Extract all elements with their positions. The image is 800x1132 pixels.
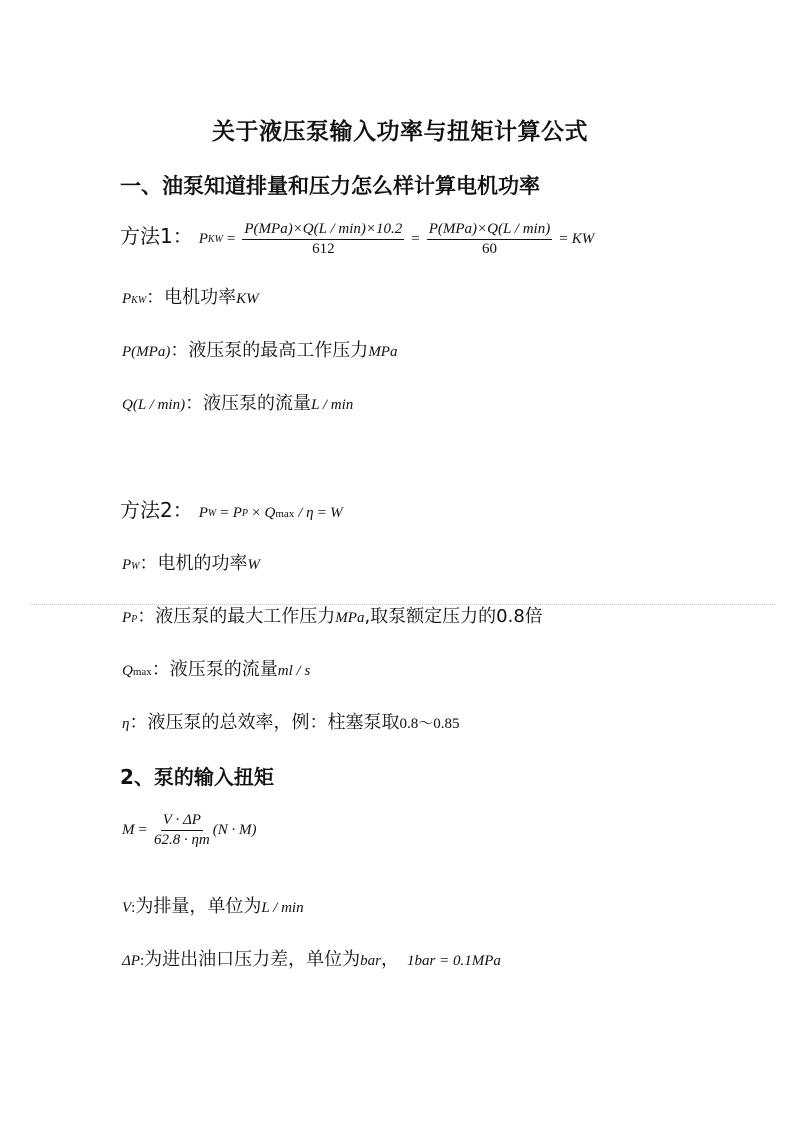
formula-rhs: W bbox=[330, 505, 343, 522]
definition-unit: L / min bbox=[261, 900, 303, 917]
definition-text: 液压泵的流量 bbox=[170, 655, 278, 681]
fraction-2-numerator: P(MPa)×Q(L / min) bbox=[427, 221, 553, 240]
formula-lhs-sub: KW bbox=[208, 234, 223, 245]
equals-sign: = bbox=[559, 231, 567, 248]
definition-text: 电机功率 bbox=[164, 283, 236, 309]
definition-unit: L / min bbox=[311, 397, 353, 414]
definition-text: 为排量，单位为 bbox=[135, 892, 261, 918]
definition-separator: ： bbox=[137, 602, 155, 628]
torque-denominator: 62.8 · ηm bbox=[154, 831, 210, 849]
method-1-formula-line: 方法1： PKW = P(MPa)×Q(L / min)×10.2 612 = … bbox=[120, 220, 594, 258]
definition-unit: MPa bbox=[368, 344, 397, 361]
definition-symbol: Q(L / min) bbox=[122, 397, 185, 414]
section-2-heading: 2、泵的输入扭矩 bbox=[120, 761, 274, 790]
definition-separator: ， bbox=[381, 945, 399, 971]
method-1-formula: PKW = P(MPa)×Q(L / min)×10.2 612 = P(MPa… bbox=[199, 221, 594, 258]
definition-text: 电机的功率 bbox=[158, 549, 248, 575]
definition-symbol: P bbox=[122, 557, 131, 574]
definition-delta-p: ΔP : 为进出油口压力差，单位为 bar ， 1bar = 0.1MPa bbox=[122, 945, 501, 971]
fraction-1: P(MPa)×Q(L / min)×10.2 612 bbox=[242, 221, 404, 258]
definition-unit: ml / s bbox=[278, 663, 311, 680]
definition-separator: ： bbox=[152, 655, 170, 681]
formula-lhs: M bbox=[122, 822, 135, 839]
method-2-formula: PW = PP × Qmax / η = W bbox=[199, 505, 343, 522]
definition-p-mpa: P(MPa) ： 液压泵的最高工作压力 MPa bbox=[122, 336, 397, 362]
definition-pkw: PKW ： 电机功率 KW bbox=[122, 283, 259, 309]
definition-unit: 0.8～0.85 bbox=[399, 712, 459, 733]
unit-conversion: 1bar = 0.1MPa bbox=[407, 953, 501, 970]
definition-symbol: η bbox=[122, 716, 129, 733]
fraction-1-numerator: P(MPa)×Q(L / min)×10.2 bbox=[242, 221, 404, 240]
definition-text: 液压泵的流量 bbox=[203, 389, 311, 415]
torque-fraction: V · ΔP 62.8 · ηm bbox=[154, 812, 210, 849]
equals-sign: = bbox=[220, 505, 228, 522]
formula-lhs: P bbox=[199, 231, 208, 248]
definition-text: 为进出油口压力差，单位为 bbox=[144, 945, 360, 971]
fraction-2: P(MPa)×Q(L / min) 60 bbox=[427, 221, 553, 258]
torque-unit: (N · M) bbox=[213, 822, 257, 839]
definition-symbol-sub: W bbox=[131, 561, 139, 572]
formula-term-sub: P bbox=[242, 508, 248, 519]
formula-term: P bbox=[233, 505, 242, 522]
formula-lhs: P bbox=[199, 505, 208, 522]
definition-pp: PP ： 液压泵的最大工作压力 MPa ,取泵额定压力的0.8倍 bbox=[122, 602, 543, 628]
torque-numerator: V · ΔP bbox=[161, 812, 203, 831]
formula-term: Q bbox=[264, 505, 275, 522]
definition-eta: η ： 液压泵的总效率，例：柱塞泵取 0.8～0.85 bbox=[122, 708, 459, 734]
method-2-formula-line: 方法2： PW = PP × Qmax / η = W bbox=[120, 494, 343, 523]
equals-sign: = bbox=[139, 822, 147, 839]
document-page: 关于液压泵输入功率与扭矩计算公式 一、油泵知道排量和压力怎么样计算电机功率 方法… bbox=[0, 0, 800, 1132]
definition-symbol: P bbox=[122, 610, 131, 627]
definition-symbol: V bbox=[122, 900, 131, 917]
definition-suffix: ,取泵额定压力的0.8倍 bbox=[364, 602, 542, 628]
formula-term-sub: max bbox=[275, 508, 294, 520]
method-1-label: 方法1： bbox=[120, 220, 193, 249]
definition-unit: MPa bbox=[335, 610, 364, 627]
definition-symbol: P bbox=[122, 291, 131, 308]
definition-unit: KW bbox=[236, 291, 259, 308]
formula-divisor: / η bbox=[298, 505, 313, 522]
definition-v: V : 为排量，单位为 L / min bbox=[122, 892, 304, 918]
definition-symbol: P(MPa) bbox=[122, 344, 170, 361]
definition-separator: ： bbox=[185, 389, 203, 415]
fraction-2-denominator: 60 bbox=[482, 240, 497, 258]
definition-symbol-sub: max bbox=[133, 666, 152, 678]
definition-separator: ： bbox=[140, 549, 158, 575]
document-title: 关于液压泵输入功率与扭矩计算公式 bbox=[0, 113, 800, 146]
definition-separator: ： bbox=[170, 336, 188, 362]
definition-text: 液压泵的总效率，例：柱塞泵取 bbox=[147, 708, 399, 734]
definition-symbol: Q bbox=[122, 663, 133, 680]
equals-sign: = bbox=[411, 231, 419, 248]
definition-text: 液压泵的最大工作压力 bbox=[155, 602, 335, 628]
torque-formula: M = V · ΔP 62.8 · ηm (N · M) bbox=[122, 812, 257, 849]
definition-qmax: Qmax ： 液压泵的流量 ml / s bbox=[122, 655, 310, 681]
torque-formula-body: M = V · ΔP 62.8 · ηm (N · M) bbox=[122, 812, 257, 849]
times-sign: × bbox=[252, 505, 260, 522]
definition-separator: ： bbox=[129, 708, 147, 734]
definition-separator: ： bbox=[146, 283, 164, 309]
section-1-heading: 一、油泵知道排量和压力怎么样计算电机功率 bbox=[120, 170, 540, 200]
definition-text: 液压泵的最高工作压力 bbox=[188, 336, 368, 362]
fraction-1-denominator: 612 bbox=[312, 240, 335, 258]
definition-symbol: ΔP bbox=[122, 953, 140, 970]
formula-rhs: KW bbox=[572, 231, 595, 248]
formula-lhs-sub: W bbox=[208, 508, 216, 519]
equals-sign: = bbox=[318, 505, 326, 522]
definition-q-lmin: Q(L / min) ： 液压泵的流量 L / min bbox=[122, 389, 353, 415]
equals-sign: = bbox=[227, 231, 235, 248]
definition-pw: PW ： 电机的功率 W bbox=[122, 549, 260, 575]
definition-symbol-sub: KW bbox=[131, 295, 146, 306]
definition-unit: bar bbox=[360, 953, 381, 970]
definition-unit: W bbox=[248, 557, 261, 574]
method-2-label: 方法2： bbox=[120, 494, 193, 523]
